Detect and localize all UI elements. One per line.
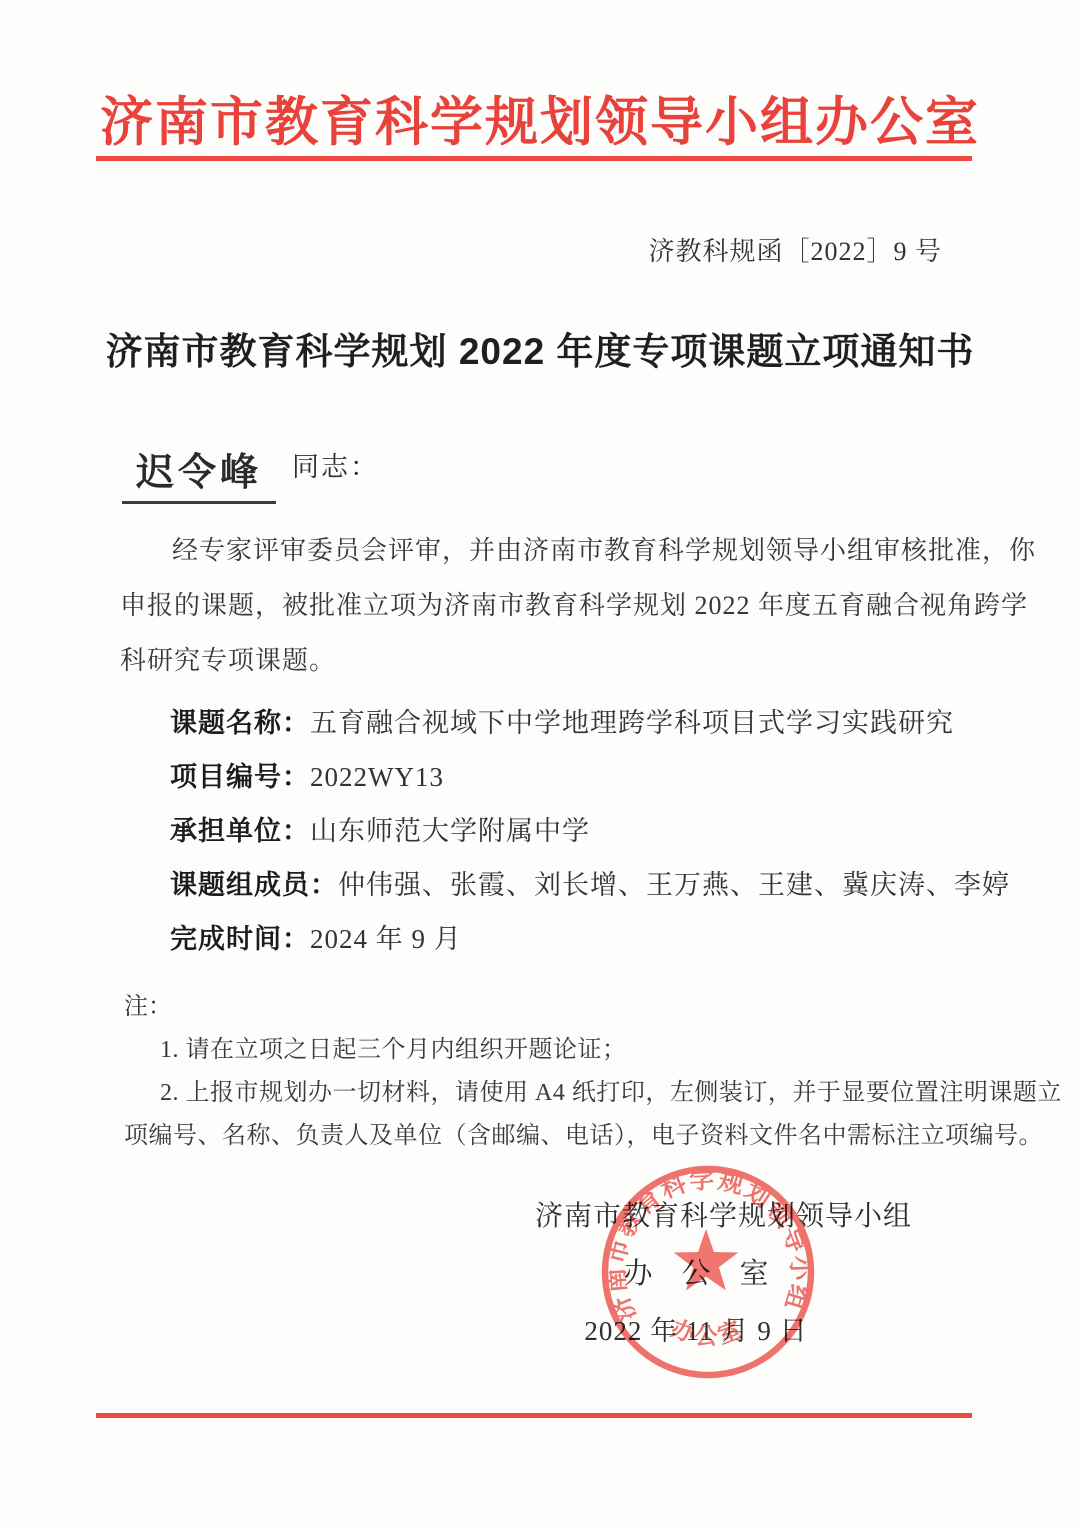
addressee-name: 迟令峰 <box>122 441 276 504</box>
field-value-project-name: 五育融合视域下中学地理跨学科项目式学习实践研究 <box>310 708 954 738</box>
paragraph-line-2: 申报的课题，被批准立项为济南市教育科学规划 2022 年度五育融合视角跨学 <box>120 578 968 633</box>
letterhead-divider-line <box>96 156 972 161</box>
document-reference-number: 济教科规函［2022］9 号 <box>648 231 942 268</box>
field-label-project-name: 课题名称： <box>170 708 310 738</box>
agency-letterhead-title: 济南市教育科学规划领导小组办公室 <box>0 80 1080 156</box>
paragraph-line-1: 经专家评审委员会评审，并由济南市教育科学规划领导小组审核批准，你 <box>120 523 968 578</box>
footer-divider-line <box>96 1413 972 1418</box>
field-value-institution: 山东师范大学附属中学 <box>310 816 590 846</box>
note-item-2-line-1: 2. 上报市规划办一切材料，请使用 A4 纸打印，左侧装订，并于显要位置注明课题… <box>124 1072 964 1115</box>
field-value-team-members: 仲伟强、张霞、刘长增、王万燕、王建、冀庆涛、李婷 <box>338 870 1010 900</box>
body-paragraph: 经专家评审委员会评审，并由济南市教育科学规划领导小组审核批准，你 申报的课题，被… <box>120 523 968 688</box>
addressee-block: 迟令峰 同志： <box>122 441 379 504</box>
field-label-team-members: 课题组成员： <box>170 870 338 900</box>
field-row-institution: 承担单位：山东师范大学附属中学 <box>170 804 1010 858</box>
field-row-team-members: 课题组成员：仲伟强、张霞、刘长增、王万燕、王建、冀庆涛、李婷 <box>170 858 1010 912</box>
notes-section: 注： 1. 请在立项之日起三个月内组织开题论证； 2. 上报市规划办一切材料，请… <box>124 986 964 1158</box>
field-label-project-id: 项目编号： <box>170 762 310 792</box>
field-row-completion-date: 完成时间：2024 年 9 月 <box>170 912 1010 966</box>
field-label-completion-date: 完成时间： <box>170 924 310 954</box>
paragraph-line-3: 科研究专项课题。 <box>120 633 968 688</box>
field-label-institution: 承担单位： <box>170 816 310 846</box>
project-info-fields: 课题名称：五育融合视域下中学地理跨学科项目式学习实践研究 项目编号：2022WY… <box>170 696 1010 966</box>
official-seal-stamp: 济南市教育科学规划领导小组 办公室 <box>577 1141 839 1403</box>
seal-star-icon <box>674 1229 739 1291</box>
seal-bottom-text: 办公室 <box>668 1315 749 1349</box>
notice-title: 济南市教育科学规划 2022 年度专项课题立项通知书 <box>0 321 1080 375</box>
addressee-salutation: 同志： <box>292 452 379 482</box>
note-item-1: 1. 请在立项之日起三个月内组织开题论证； <box>124 1029 964 1072</box>
field-value-project-id: 2022WY13 <box>310 762 444 792</box>
notes-heading: 注： <box>124 986 964 1029</box>
field-value-completion-date: 2024 年 9 月 <box>310 924 462 954</box>
field-row-project-name: 课题名称：五育融合视域下中学地理跨学科项目式学习实践研究 <box>170 696 1010 750</box>
field-row-project-id: 项目编号：2022WY13 <box>170 750 1010 804</box>
notice-document-page: 济南市教育科学规划领导小组办公室 济教科规函［2022］9 号 济南市教育科学规… <box>0 0 1080 1529</box>
